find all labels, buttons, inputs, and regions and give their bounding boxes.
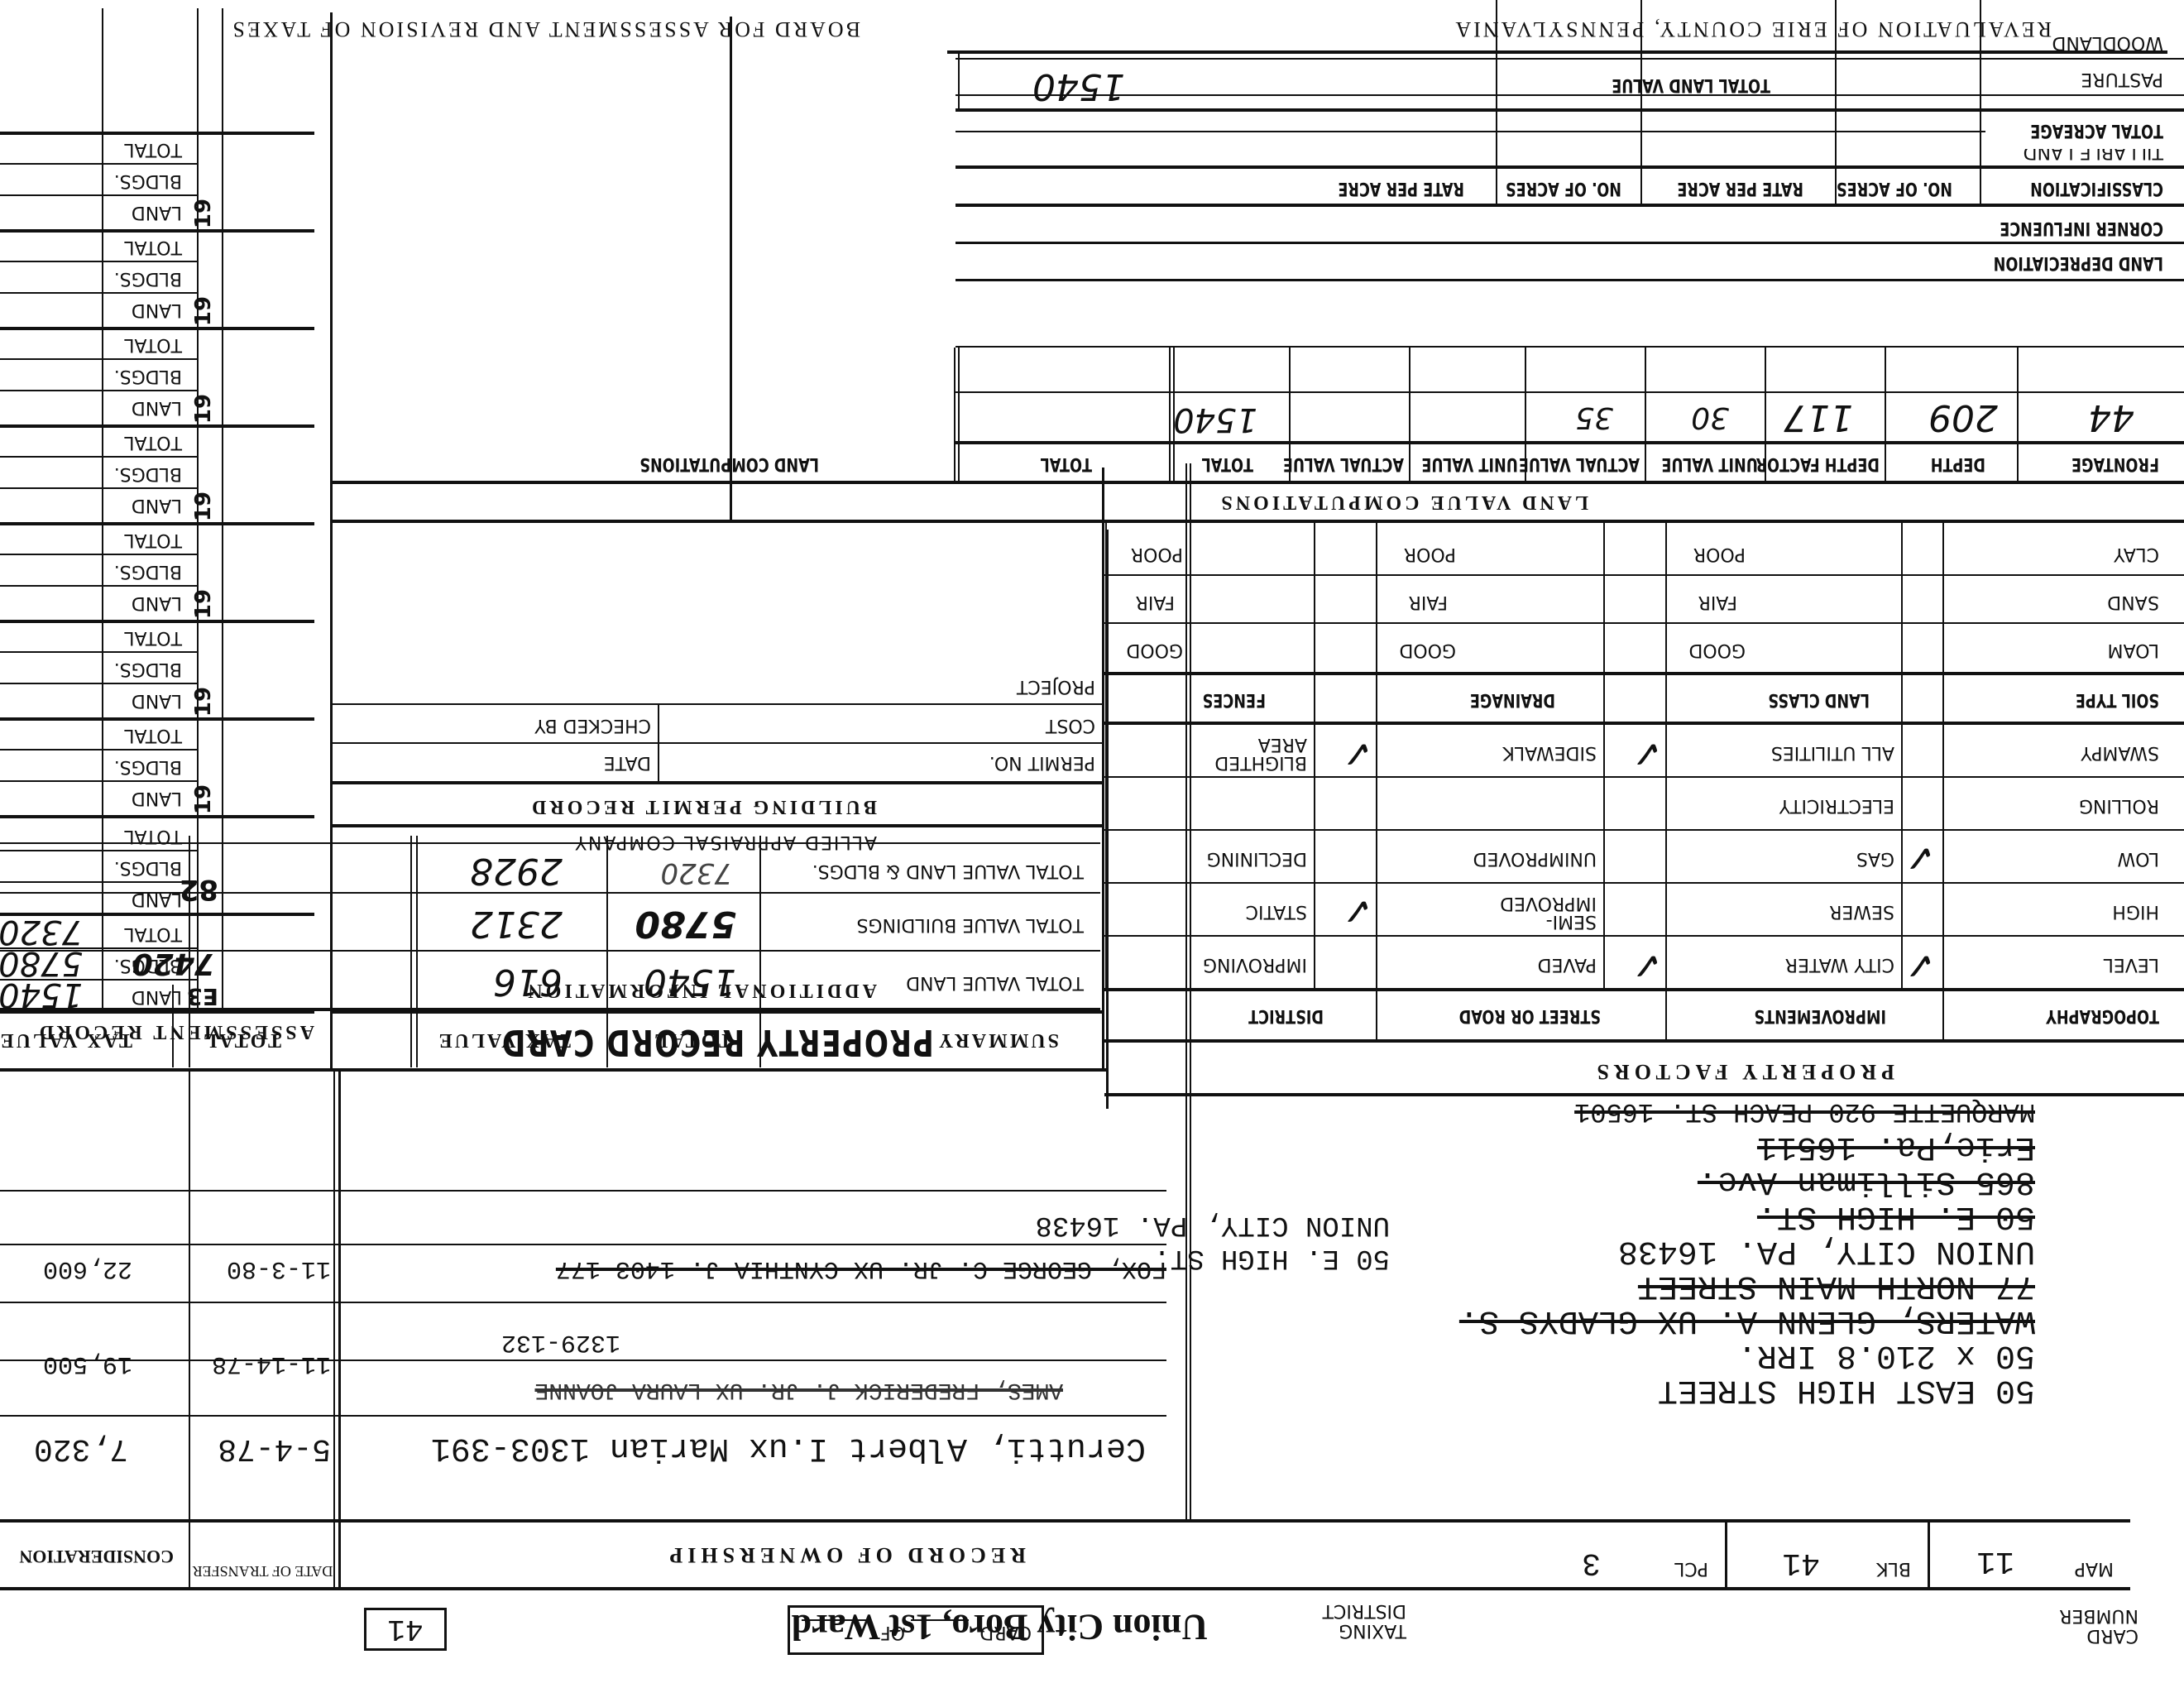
land-class-poor: POOR — [1693, 544, 1746, 564]
lv-frontage-value: 44 — [2088, 396, 2134, 439]
lv-header-depth: DEPTH — [1931, 453, 1985, 474]
consideration: 7,320 — [34, 1431, 128, 1466]
pf-swampy: SWAMPY — [2081, 742, 2159, 763]
checked-by-label: CHECKED BY — [534, 715, 651, 736]
assessment-block[interactable]: 19LANDBLDGS.TOTAL — [0, 327, 331, 424]
assess-row-label: BLDGS. — [114, 170, 182, 191]
fences-poor: POOR — [1131, 544, 1183, 564]
drainage-good: GOOD — [1399, 640, 1456, 660]
summary-row-label: TOTAL VALUE LAND & BLDGS. — [812, 861, 1084, 881]
pf-row-swampy: SWAMPY ALL UTILITIES ✓ SIDEWALK ✓ BLIGHT… — [1104, 725, 2184, 776]
assess-row-label: TOTAL — [124, 627, 182, 648]
ward-box: 41 — [364, 1608, 447, 1651]
lv-unit-value: 30 — [1691, 400, 1729, 434]
assess-row-label: TOTAL — [124, 139, 182, 160]
assessment-block[interactable]: 19LANDBLDGS.TOTAL — [0, 717, 331, 815]
assess-row-label: BLDGS. — [114, 756, 182, 777]
summary-row-label: TOTAL VALUE BUILDINGS — [857, 914, 1084, 935]
assess-year: E3 — [186, 983, 218, 1010]
owner-name: Cerutti, Albert I.ux Marian 1303-391 — [431, 1429, 1146, 1466]
map-field[interactable]: MAP 11 — [1928, 1521, 2130, 1589]
assessment-title: ASSESSMENT RECORD — [36, 1020, 314, 1043]
property-factors-table: TOPOGRAPHY IMPROVEMENTS STREET OR ROAD D… — [1104, 675, 2184, 1039]
permit-table: PERMIT NO. DATE COST CHECKED BY PROJECT — [333, 665, 1102, 781]
pf-low: LOW — [2117, 848, 2159, 869]
assessment-block[interactable]: 19LANDBLDGS.TOTAL — [0, 424, 331, 522]
lv-header-frontage: FRONTAGE — [2071, 453, 2159, 474]
deed-book: 1329-132 — [501, 1328, 620, 1356]
year-prefix: 19 — [191, 296, 216, 326]
pf-rolling: ROLLING — [2079, 795, 2159, 816]
total-acreage-row: TOTAL ACREAGE — [1985, 112, 2184, 149]
pf-electricity: ELECTRICITY — [1779, 795, 1894, 816]
ownership-row[interactable]: 1329-132 11-14-78 19,500 — [0, 1320, 1166, 1353]
land-class-good: GOOD — [1688, 640, 1746, 660]
desc-line-struck: WATERS, GLENN A. UX GLADYS S. — [1459, 1302, 2035, 1337]
fences-good: GOOD — [1126, 640, 1183, 660]
assess-row-label: LAND — [132, 300, 182, 320]
assess-row-label: LAND — [132, 690, 182, 711]
transfer-date: 11-14-78 — [212, 1350, 331, 1378]
year-prefix: 19 — [191, 589, 216, 619]
pf-header-district: DISTRICT — [1248, 1005, 1324, 1026]
classification-label: CLASSIFICATION — [2030, 178, 2163, 199]
assess-bldgs-label: BLDGS. — [114, 857, 182, 878]
soil-table: LOAM GOOD GOOD GOOD SAND FAIR FAIR FAIR … — [1104, 523, 2184, 672]
lv-header-total: TOTAL — [1202, 453, 1253, 474]
pf-row-level: LEVEL ✓ CITY WATER PAVED ✓ IMPROVING — [1104, 937, 2184, 988]
check-icon: ✓ — [1631, 731, 1663, 776]
land-class-fair: FAIR — [1698, 592, 1737, 612]
assess-row-label: LAND — [132, 495, 182, 516]
permit-cost-label: COST — [1046, 715, 1095, 736]
check-icon: ✓ — [1341, 889, 1373, 933]
assess-total-value: 7320 — [0, 913, 83, 951]
assess-handwritten-note: 7420 — [132, 947, 215, 981]
desc-line-struck: Erie,Pa. 16511 — [1459, 1129, 2035, 1163]
ownership-header: RECORD OF OWNERSHIP DATE OF TRANSFER CON… — [0, 1521, 1166, 1587]
additional-info-label: ADDITIONAL INFORMATION — [524, 979, 877, 1001]
lv-header-unit-value-2: UNIT VALUE — [1421, 453, 1518, 474]
assess-row-label: TOTAL — [124, 530, 182, 550]
assess-year: 82 — [180, 873, 218, 906]
assess-row-label: LAND — [132, 397, 182, 418]
year-prefix: 19 — [191, 492, 216, 521]
check-icon: ✓ — [1904, 943, 1936, 988]
transfer-date: 11-3-80 — [227, 1254, 331, 1283]
pf-level: LEVEL — [2104, 954, 2159, 975]
soil-sand: SAND — [2107, 592, 2159, 612]
card-title: PROPERTY RECORD CARD — [417, 1021, 1017, 1063]
total-land-value-row: TOTAL LAND VALUE 1540 — [955, 54, 2184, 112]
soil-clay: CLAY — [2114, 544, 2159, 564]
lv-total-value: 1540 — [1173, 400, 1257, 439]
total-land-value-amount: 1540 — [1032, 65, 1125, 108]
pf-header-soil: SOIL TYPE — [2076, 689, 2159, 710]
pf-sidewalk: SIDEWALK — [1502, 742, 1597, 763]
assessment-block[interactable]: 19LANDBLDGS.TOTAL — [0, 620, 331, 717]
check-icon: ✓ — [1904, 836, 1936, 880]
summary-all-total: 7320 — [660, 856, 732, 890]
pf-sewer: SEWER — [1829, 901, 1894, 922]
desc-line-struck: 77 NORTH MAIN STREET — [1459, 1268, 2035, 1302]
footer-left: REVALUATION OF ERIE COUNTY, PENNSYLVANIA — [1453, 17, 2052, 41]
desc-line-struck: 865 Silliman Ave. — [1459, 1163, 2035, 1198]
permit-date-label: DATE — [604, 752, 651, 773]
pf-paved: PAVED — [1538, 954, 1597, 975]
pf-static: STATIC — [1246, 901, 1307, 922]
desc-line: 50 x 210.8 IRR. — [1459, 1337, 2035, 1372]
consideration: 19,500 — [43, 1350, 132, 1378]
col-consideration: CONSIDERATION — [19, 1546, 174, 1567]
summary-bldg-total: 5780 — [635, 903, 736, 945]
assess-row-label: LAND — [132, 788, 182, 808]
year-prefix: 19 — [191, 687, 216, 717]
land-value-table: FRONTAGE DEPTH DEPTH FACTOR UNIT VALUE A… — [333, 319, 2184, 484]
assess-row-label: TOTAL — [124, 237, 182, 257]
land-depreciation-label: LAND DEPRECIATION — [1994, 252, 2163, 273]
assessment-block[interactable]: 19LANDBLDGS.TOTAL — [0, 132, 331, 229]
assess-row-label: TOTAL — [124, 725, 182, 746]
lv-header-actual-value-2: ACTUAL VALUE — [1283, 453, 1404, 474]
lv-depth-factor-value: 117 — [1784, 396, 1853, 439]
pf-blighted: BLIGHTED AREA — [1208, 735, 1307, 771]
pf-all-utilities: ALL UTILITIES — [1771, 742, 1894, 763]
assess-total-label: TOTAL — [124, 923, 182, 944]
assess-row-label: BLDGS. — [114, 463, 182, 484]
lv-header-actual-value: ACTUAL VALUE — [1519, 453, 1640, 474]
ownership-title: RECORD OF OWNERSHIP — [664, 1542, 1026, 1567]
soil-loam: LOAM — [2108, 640, 2159, 660]
year-prefix: 19 — [191, 199, 216, 228]
pf-header-street: STREET OR ROAD — [1459, 1005, 1601, 1026]
acres-header-2: NO. OF ACRES — [1506, 178, 1621, 199]
assess-row-label: BLDGS. — [114, 561, 182, 582]
assess-row-label: BLDGS. — [114, 366, 182, 386]
building-permit-label: BUILDING PERMIT RECORD — [529, 795, 877, 818]
desc-line-struck: 50 E. HIGH ST. — [1459, 1198, 2035, 1233]
pf-high: HIGH — [2112, 901, 2159, 922]
desc-line-struck: MARQUETTE 920 PEACH ST. 16501 — [1459, 1094, 2035, 1129]
summary-bldg-tax: 2312 — [470, 903, 563, 945]
pf-gas: GAS — [1856, 848, 1894, 869]
pcl-value: 3 — [1582, 1545, 1601, 1580]
transfer-date: 5-4-78 — [218, 1431, 331, 1466]
lv-header-unit-value: UNIT VALUE — [1661, 453, 1758, 474]
card-number-label: CARD NUMBER — [2039, 1605, 2138, 1645]
pf-row-rolling: ROLLING ELECTRICITY — [1104, 778, 2184, 829]
assess-row-label: BLDGS. — [114, 659, 182, 679]
total-land-value-label: TOTAL LAND VALUE — [1612, 74, 1770, 95]
owner-name: FOX, GEORGE C. JR. UX CYNTHIA J. 1403-17… — [556, 1254, 1166, 1283]
permit-no-label: PERMIT NO. — [989, 752, 1095, 773]
desc-line: UNION CITY, PA. 16438 — [1459, 1233, 2035, 1268]
blk-value: 41 — [1782, 1545, 1820, 1580]
consideration: 22,600 — [43, 1254, 132, 1283]
assess-row-label: BLDGS. — [114, 268, 182, 289]
pf-header-topography: TOPOGRAPHY — [2046, 1005, 2159, 1026]
map-value: 11 — [1976, 1543, 2014, 1579]
company-label: ALLIED APPRAISAL COMPANY — [573, 832, 877, 852]
property-record-card-title: PROPERTY RECORD CARD — [333, 1018, 1102, 1067]
pf-row-low: LOW ✓ GAS UNIMPROVED DECLINING — [1104, 831, 2184, 882]
assess-total-label: TOTAL — [124, 826, 182, 846]
pcl-field[interactable]: PCL 3 — [1477, 1521, 1725, 1589]
map-label: MAP — [2075, 1558, 2114, 1579]
assess-row-label: LAND — [132, 592, 182, 613]
total-acreage-label: TOTAL ACREAGE — [2030, 120, 2163, 141]
pf-unimproved: UNIMPROVED — [1473, 848, 1597, 869]
pf-improving: IMPROVING — [1203, 954, 1307, 975]
blk-label: BLK — [1876, 1558, 1911, 1579]
rate-header-2: RATE PER ACRE — [1338, 178, 1464, 199]
pf-header-drainage: DRAINAGE — [1470, 689, 1555, 710]
lc-header-total: TOTAL — [1041, 453, 1092, 474]
drainage-poor: POOR — [1404, 544, 1456, 564]
corner-influence-label: CORNER INFLUENCE — [2000, 218, 2163, 238]
project-label: PROJECT — [1017, 676, 1095, 697]
pf-declining: DECLINING — [1207, 848, 1307, 869]
owner-name: AMES, FREDERICK J. JR. UX LAURA JOANNE — [534, 1377, 1063, 1403]
rate-header-1: RATE PER ACRE — [1677, 178, 1803, 199]
summary-row-label: TOTAL VALUE LAND — [906, 972, 1084, 993]
assess-land-label: LAND — [132, 986, 182, 1007]
footer-right: BOARD FOR ASSESSMENT AND REVISION OF TAX… — [230, 17, 860, 41]
assess-row-label: TOTAL — [124, 432, 182, 453]
col-date-of-transfer: DATE OF TRANSFER — [186, 1562, 339, 1580]
pf-header-improvements: IMPROVEMENTS — [1754, 1005, 1886, 1026]
acreage-header: CLASSIFICATION NO. OF ACRES RATE PER ACR… — [955, 170, 2184, 204]
lv-actual-value: 35 — [1575, 400, 1613, 434]
summary-all-tax: 2928 — [470, 850, 563, 892]
drainage-fair: FAIR — [1409, 592, 1448, 612]
ownership-row[interactable]: FOX, GEORGE C. JR. UX CYNTHIA J. 1403-17… — [0, 1249, 1166, 1283]
property-description: 50 EAST HIGH STREET 50 x 210.8 IRR. WATE… — [1459, 1094, 2035, 1407]
address-line: UNION CITY, PA. 16438 — [1036, 1208, 1390, 1241]
land-value-title: LAND VALUE COMPUTATIONS — [1218, 491, 1588, 513]
assess-row-label: TOTAL — [124, 334, 182, 355]
lv-depth-value: 209 — [1928, 396, 1998, 439]
check-icon: ✓ — [1631, 943, 1663, 988]
taxing-district-label: TAXING DISTRICT — [1307, 1600, 1406, 1640]
pf-city-water: CITY WATER — [1785, 954, 1894, 975]
year-prefix: 19 — [191, 394, 216, 424]
assess-land-label: LAND — [132, 889, 182, 909]
property-factors-title: PROPERTY FACTORS — [1592, 1059, 1894, 1084]
assess-row-label: LAND — [132, 202, 182, 223]
pf-header-fences: FENCES — [1203, 689, 1266, 710]
ownership-row[interactable]: AMES, FREDERICK J. JR. UX LAURA JOANNE — [0, 1369, 1166, 1403]
pf-semi-improved: SEMI-IMPROVED — [1464, 894, 1597, 930]
taxing-district-value: Union City Boro, 1st Ward — [792, 1606, 1208, 1648]
pf-header-land-class: LAND CLASS — [1768, 689, 1870, 710]
property-record-card: CARD NUMBER CARD OF TAXING DISTRICT Unio… — [0, 0, 2184, 1688]
lv-header-depth-factor: DEPTH FACTOR — [1756, 453, 1880, 474]
acres-header-1: NO. OF ACRES — [1837, 178, 1952, 199]
ownership-row[interactable]: Cerutti, Albert I.ux Marian 1303-391 5-4… — [0, 1425, 1166, 1466]
pf-row-high: HIGH SEWER SEMI-IMPROVED STATIC ✓ — [1104, 884, 2184, 935]
assessment-block[interactable]: 19LANDBLDGS.TOTAL — [0, 229, 331, 327]
desc-line: 50 EAST HIGH STREET — [1459, 1372, 2035, 1407]
check-icon: ✓ — [1341, 731, 1373, 776]
blk-field[interactable]: BLK 41 — [1725, 1521, 1928, 1589]
year-prefix: 19 — [191, 784, 216, 814]
pcl-label: PCL — [1674, 1558, 1708, 1579]
assessment-block[interactable]: 19LANDBLDGS.TOTAL — [0, 522, 331, 620]
fences-fair: FAIR — [1136, 592, 1175, 612]
